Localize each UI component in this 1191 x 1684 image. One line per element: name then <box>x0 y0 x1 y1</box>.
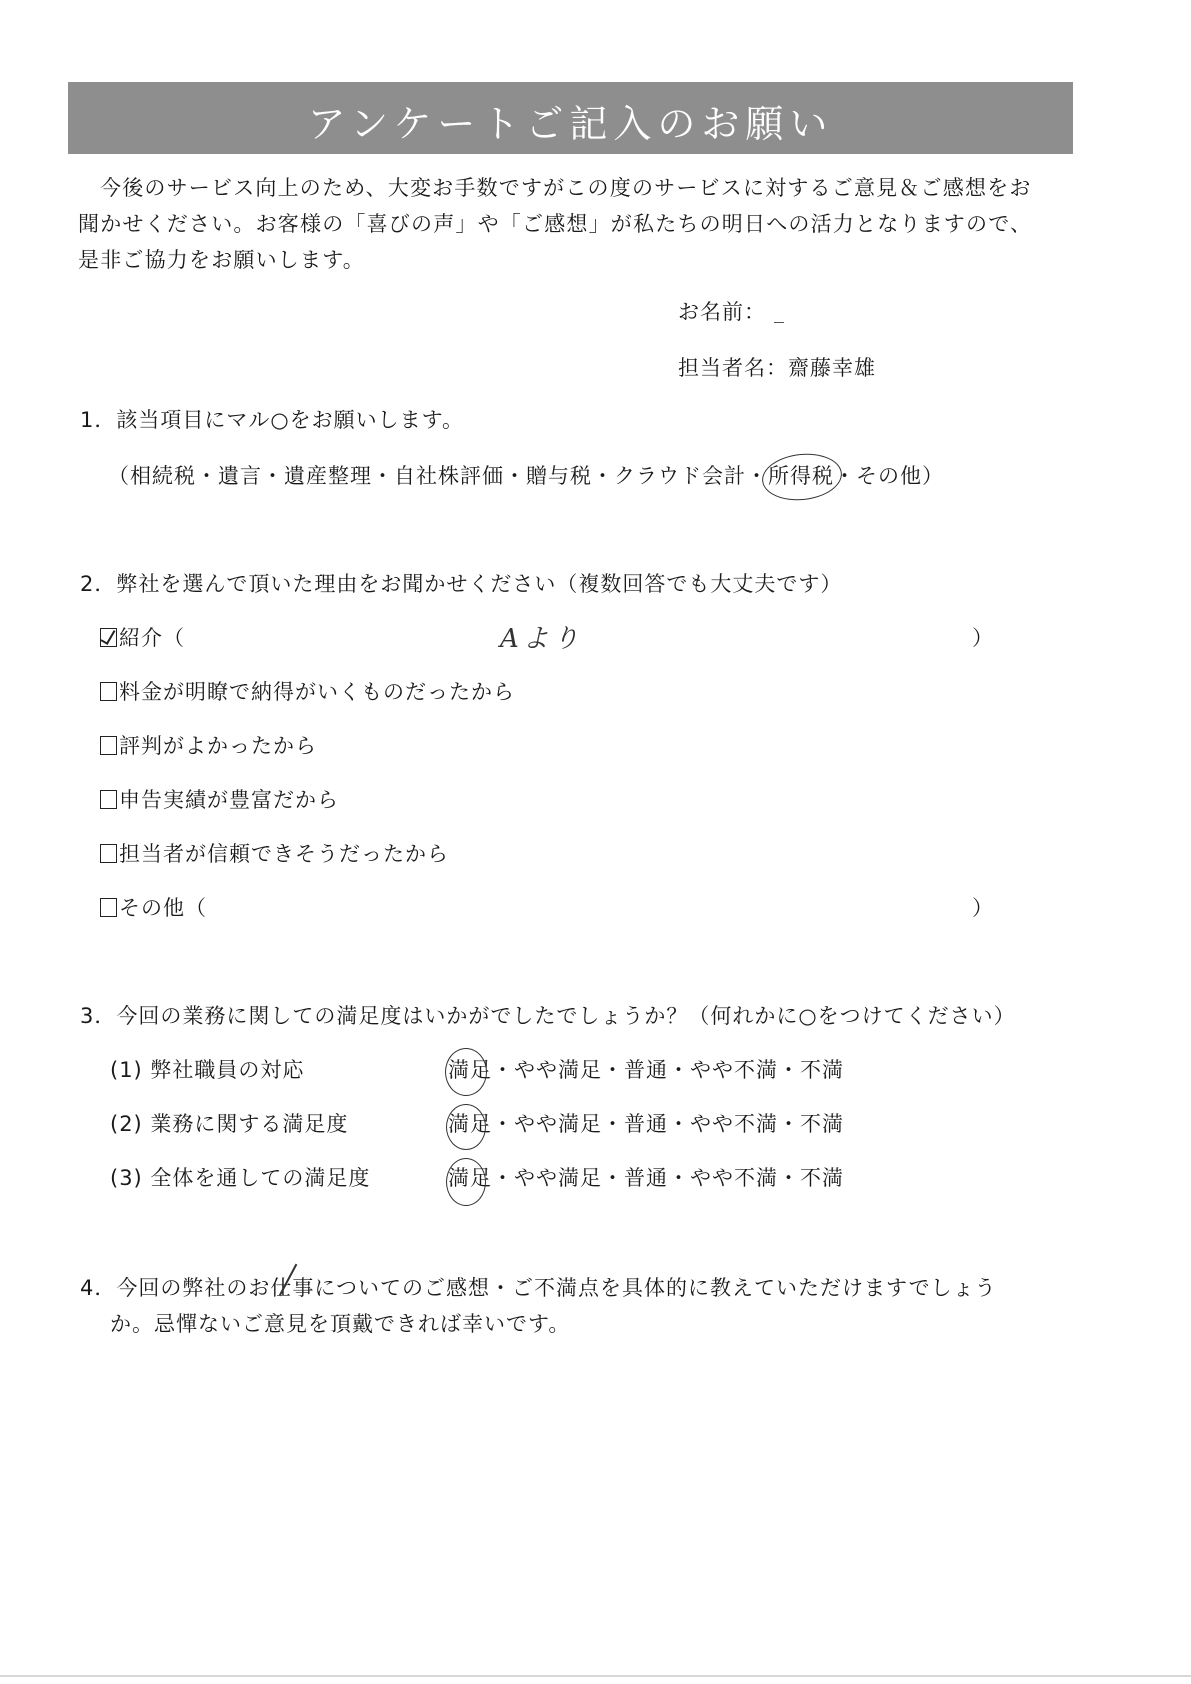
q4-heading-line-1: 4．今回の弊社のお仕事についてのご感想・ご不満点を具体的に教えていただけますでし… <box>80 1272 997 1302</box>
q1-option-inheritance-tax[interactable]: 相続税 <box>130 464 196 488</box>
q1-option-estate[interactable]: 遺産整理 <box>284 464 372 488</box>
q1-option-will[interactable]: 遺言 <box>218 464 262 488</box>
separator: ・ <box>592 464 614 488</box>
customer-name-field[interactable] <box>774 302 784 323</box>
intro-line-1: 今後のサービス向上のため、大変お手数ですがこの度のサービスに対するご意見＆ご感想… <box>100 172 1032 202</box>
scale-option-somewhat-satisfied[interactable]: やや満足 <box>514 1058 602 1082</box>
scale-option-somewhat-dissatisfied[interactable]: やや不満 <box>690 1058 778 1082</box>
q3-item-staff-label: (1) 弊社職員の対応 <box>110 1054 304 1084</box>
hand-drawn-circle-icon <box>445 1048 487 1096</box>
q1-option-gift-tax[interactable]: 贈与税 <box>526 464 592 488</box>
option-label: 担当者が信頼できそうだったから <box>119 842 449 866</box>
option-label: その他（ <box>119 896 207 920</box>
separator: ・ <box>778 1112 800 1136</box>
checkbox-icon[interactable] <box>100 682 117 701</box>
scale-option-somewhat-dissatisfied[interactable]: やや不満 <box>690 1166 778 1190</box>
q3-item-overall-scale: 満足・やや満足・普通・やや不満・不満 <box>448 1162 844 1192</box>
separator: ・ <box>492 1166 514 1190</box>
option-label: 申告実績が豊富だから <box>119 788 339 812</box>
q3-item-overall-label: (3) 全体を通しての満足度 <box>110 1162 370 1192</box>
scale-option-somewhat-satisfied[interactable]: やや満足 <box>514 1166 602 1190</box>
separator: ・ <box>778 1166 800 1190</box>
checkbox-icon[interactable] <box>100 844 117 863</box>
scale-option-satisfied[interactable]: 満足 <box>448 1112 492 1136</box>
checkbox-icon[interactable] <box>100 736 117 755</box>
scale-option-satisfied[interactable]: 満足 <box>448 1166 492 1190</box>
scale-option-satisfied[interactable]: 満足 <box>448 1058 492 1082</box>
q2-option-track-record[interactable]: 申告実績が豊富だから <box>100 784 339 814</box>
checkbox-icon[interactable] <box>100 898 117 917</box>
checkbox-checked-icon[interactable] <box>100 628 117 647</box>
scale-option-somewhat-dissatisfied[interactable]: やや不満 <box>690 1112 778 1136</box>
q2-option-trustworthy-staff[interactable]: 担当者が信頼できそうだったから <box>100 838 449 868</box>
q1-option-stock-valuation[interactable]: 自社株評価 <box>394 464 504 488</box>
close-paren: ） <box>972 892 994 922</box>
q3-item-work-label: (2) 業務に関する満足度 <box>110 1108 348 1138</box>
q4-heading-line-2: か。忌憚ないご意見を頂戴できれば幸いです。 <box>110 1308 570 1338</box>
separator: ・ <box>492 1112 514 1136</box>
q3-heading: 3．今回の業務に関しての満足度はいかがでしたでしょうか？（何れかに○をつけてくだ… <box>80 1000 1016 1030</box>
q2-option-clear-pricing[interactable]: 料金が明瞭で納得がいくものだったから <box>100 676 515 706</box>
separator: ・ <box>668 1166 690 1190</box>
staff-name-value: 齋藤幸雄 <box>788 356 876 380</box>
option-label: 評判がよかったから <box>119 734 317 758</box>
q2-option-other[interactable]: その他（ <box>100 892 207 922</box>
title-banner: アンケートご記入のお願い <box>68 82 1073 154</box>
separator: ・ <box>602 1112 624 1136</box>
q3-item-work-scale: 満足・やや満足・普通・やや不満・不満 <box>448 1108 844 1138</box>
scale-option-somewhat-satisfied[interactable]: やや満足 <box>514 1112 602 1136</box>
separator: ・ <box>372 464 394 488</box>
separator: ・ <box>504 464 526 488</box>
page-title: アンケートご記入のお願い <box>68 93 1073 148</box>
q1-option-income-tax[interactable]: 所得税 <box>768 464 834 488</box>
separator: ・ <box>196 464 218 488</box>
referral-detail-handwriting[interactable]: Aより <box>500 618 583 655</box>
close-paren: ） <box>972 622 994 652</box>
scale-option-neutral[interactable]: 普通 <box>624 1112 668 1136</box>
close-paren: ） <box>922 464 944 488</box>
separator: ・ <box>668 1058 690 1082</box>
page-bottom-edge <box>0 1675 1191 1677</box>
q1-heading: 1．該当項目にマル○をお願いします。 <box>80 404 464 434</box>
open-paren: （ <box>108 464 130 488</box>
q2-heading: 2．弊社を選んで頂いた理由をお聞かせください（複数回答でも大丈夫です） <box>80 568 842 598</box>
option-label: 料金が明瞭で納得がいくものだったから <box>119 680 515 704</box>
scale-option-neutral[interactable]: 普通 <box>624 1058 668 1082</box>
separator: ・ <box>602 1166 624 1190</box>
staff-name-label: 担当者名： <box>678 356 788 380</box>
scale-option-dissatisfied[interactable]: 不満 <box>800 1058 844 1082</box>
customer-name-label: お名前： <box>678 300 766 324</box>
checkbox-icon[interactable] <box>100 790 117 809</box>
customer-name-row: お名前： <box>678 296 784 326</box>
scale-option-dissatisfied[interactable]: 不満 <box>800 1166 844 1190</box>
q4-answer-area[interactable] <box>80 1360 1100 1650</box>
separator: ・ <box>492 1058 514 1082</box>
intro-line-3: 是非ご協力をお願いします。 <box>78 244 365 274</box>
scale-option-dissatisfied[interactable]: 不満 <box>800 1112 844 1136</box>
q1-options: （相続税・遺言・遺産整理・自社株評価・贈与税・クラウド会計・所得税・その他） <box>108 460 944 490</box>
q1-option-cloud-accounting[interactable]: クラウド会計 <box>614 464 746 488</box>
scale-option-neutral[interactable]: 普通 <box>624 1166 668 1190</box>
q2-option-good-reputation[interactable]: 評判がよかったから <box>100 730 317 760</box>
q2-option-referral[interactable]: 紹介（ <box>100 622 185 652</box>
hand-drawn-circle-icon <box>446 1104 486 1150</box>
separator: ・ <box>778 1058 800 1082</box>
option-label: 紹介（ <box>119 626 185 650</box>
intro-line-2: 聞かせください。お客様の「喜びの声」や「ご感想」が私たちの明日への活力となります… <box>78 208 1032 238</box>
separator: ・ <box>602 1058 624 1082</box>
staff-name-row: 担当者名：齋藤幸雄 <box>678 352 876 382</box>
separator: ・ <box>668 1112 690 1136</box>
hand-drawn-circle-icon <box>760 450 844 504</box>
q1-option-other[interactable]: その他 <box>856 464 922 488</box>
q3-item-staff-scale: 満足・やや満足・普通・やや不満・不満 <box>448 1054 844 1084</box>
hand-drawn-circle-icon <box>446 1158 486 1206</box>
separator: ・ <box>262 464 284 488</box>
